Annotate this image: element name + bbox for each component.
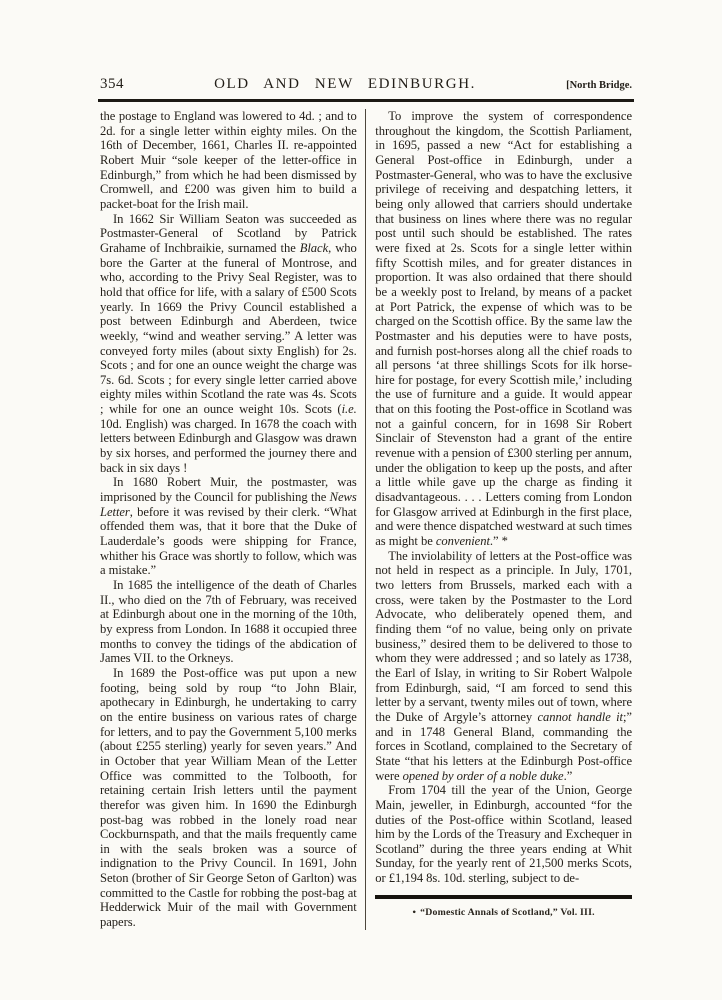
text-run: The inviolability of letters at the Post… xyxy=(375,549,632,724)
italic-text-run: opened by order of a noble duke xyxy=(403,769,564,783)
paragraph: In 1662 Sir William Seaton was succeeded… xyxy=(100,212,357,476)
section-note: [North Bridge. xyxy=(566,80,632,91)
paragraph: the postage to England was lowered to 4d… xyxy=(100,109,357,212)
book-page: 354 OLD AND NEW EDINBURGH. [North Bridge… xyxy=(0,0,722,1000)
text-run: In 1685 the intelligence of the death of… xyxy=(100,578,357,665)
left-column: the postage to England was lowered to 4d… xyxy=(100,109,365,930)
footnote: •“Domestic Annals of Scotland,” Vol. III… xyxy=(375,907,632,918)
running-header: 354 OLD AND NEW EDINBURGH. [North Bridge… xyxy=(100,76,632,93)
text-columns: the postage to England was lowered to 4d… xyxy=(100,109,632,930)
paragraph: In 1680 Robert Muir, the postmaster, was… xyxy=(100,475,357,578)
italic-text-run: cannot handle it xyxy=(537,710,623,724)
header-rule xyxy=(98,99,634,102)
italic-text-run: Black xyxy=(300,241,328,255)
italic-text-run: convenient xyxy=(436,534,490,548)
text-run: From 1704 till the year of the Union, Ge… xyxy=(375,783,632,885)
footnote-block: •“Domestic Annals of Scotland,” Vol. III… xyxy=(375,895,632,918)
paragraph: The inviolability of letters at the Post… xyxy=(375,549,632,784)
text-run: To improve the system of correspondence … xyxy=(375,109,632,548)
text-run: the postage to England was lowered to 4d… xyxy=(100,109,357,211)
text-run: .” * xyxy=(490,534,508,548)
page-number: 354 xyxy=(100,76,124,93)
paragraph: To improve the system of correspondence … xyxy=(375,109,632,549)
paragraph: From 1704 till the year of the Union, Ge… xyxy=(375,783,632,886)
text-run: .” xyxy=(564,769,573,783)
footnote-rule xyxy=(375,895,632,899)
italic-text-run: i.e. xyxy=(342,402,357,416)
footnote-text: “Domestic Annals of Scotland,” Vol. III. xyxy=(420,907,595,918)
right-column: To improve the system of correspondence … xyxy=(366,109,632,930)
text-run: , before it was revised by their clerk. … xyxy=(100,505,357,578)
footnote-marker-icon: • xyxy=(413,907,417,918)
text-run: In 1680 Robert Muir, the postmaster, was… xyxy=(100,475,357,504)
text-run: 10d. English) was charged. In 1678 the c… xyxy=(100,417,357,475)
text-run: In 1689 the Post-office was put upon a n… xyxy=(100,666,357,929)
text-run: , who bore the Garter at the funeral of … xyxy=(100,241,357,416)
page-title: OLD AND NEW EDINBURGH. xyxy=(124,76,566,93)
paragraph: In 1689 the Post-office was put upon a n… xyxy=(100,666,357,930)
right-column-text: To improve the system of correspondence … xyxy=(375,109,632,886)
paragraph: In 1685 the intelligence of the death of… xyxy=(100,578,357,666)
